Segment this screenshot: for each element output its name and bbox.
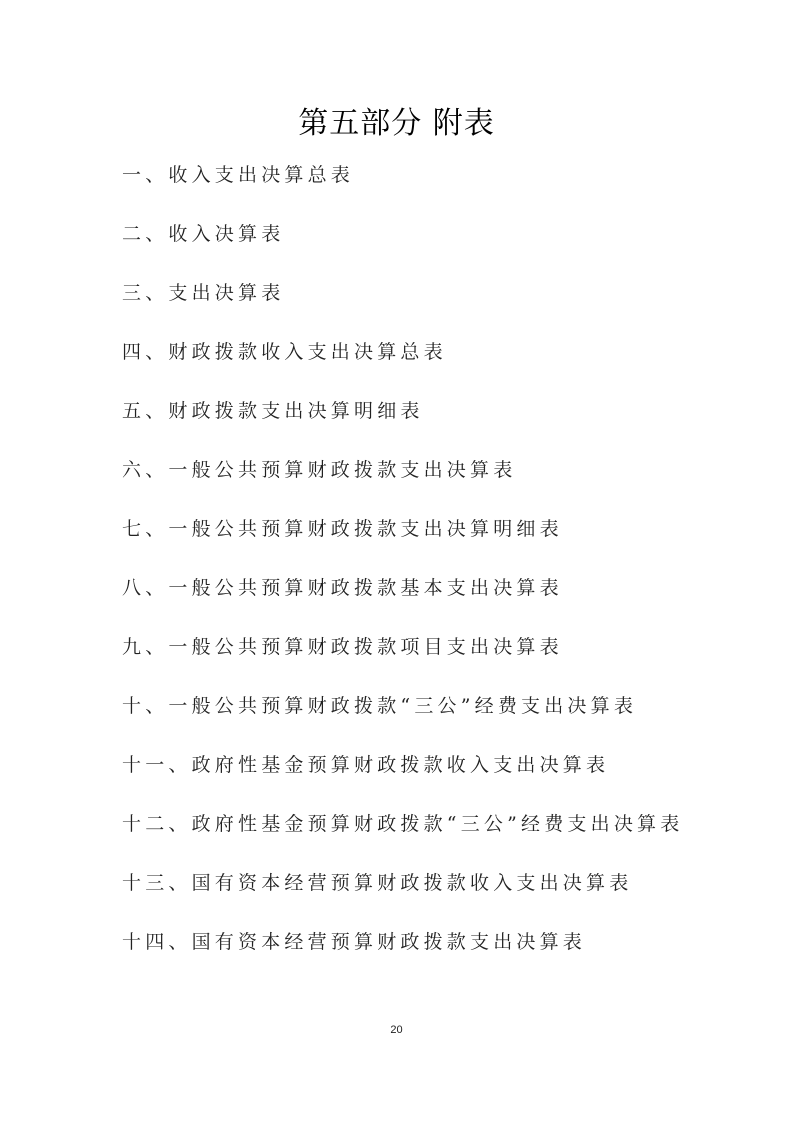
- list-item: 十二、政府性基金预算财政拨款“三公”经费支出决算表: [122, 810, 683, 869]
- list-item: 七、一般公共预算财政拨款支出决算明细表: [122, 515, 683, 574]
- list-item: 一、收入支出决算总表: [122, 161, 683, 220]
- list-item: 四、财政拨款收入支出决算总表: [122, 338, 683, 397]
- list-item: 十一、政府性基金预算财政拨款收入支出决算表: [122, 751, 683, 810]
- list-item: 九、一般公共预算财政拨款项目支出决算表: [122, 633, 683, 692]
- list-item: 十三、国有资本经营预算财政拨款收入支出决算表: [122, 869, 683, 928]
- list-item: 二、收入决算表: [122, 220, 683, 279]
- list-item: 六、一般公共预算财政拨款支出决算表: [122, 456, 683, 515]
- list-item: 三、支出决算表: [122, 279, 683, 338]
- list-item: 十、一般公共预算财政拨款“三公”经费支出决算表: [122, 692, 683, 751]
- page-title: 第五部分 附表: [0, 98, 793, 142]
- appendix-table-list: 一、收入支出决算总表 二、收入决算表 三、支出决算表 四、财政拨款收入支出决算总…: [122, 161, 683, 987]
- page-number: 20: [0, 1024, 793, 1036]
- list-item: 五、财政拨款支出决算明细表: [122, 397, 683, 456]
- list-item: 十四、国有资本经营预算财政拨款支出决算表: [122, 928, 683, 987]
- list-item: 八、一般公共预算财政拨款基本支出决算表: [122, 574, 683, 633]
